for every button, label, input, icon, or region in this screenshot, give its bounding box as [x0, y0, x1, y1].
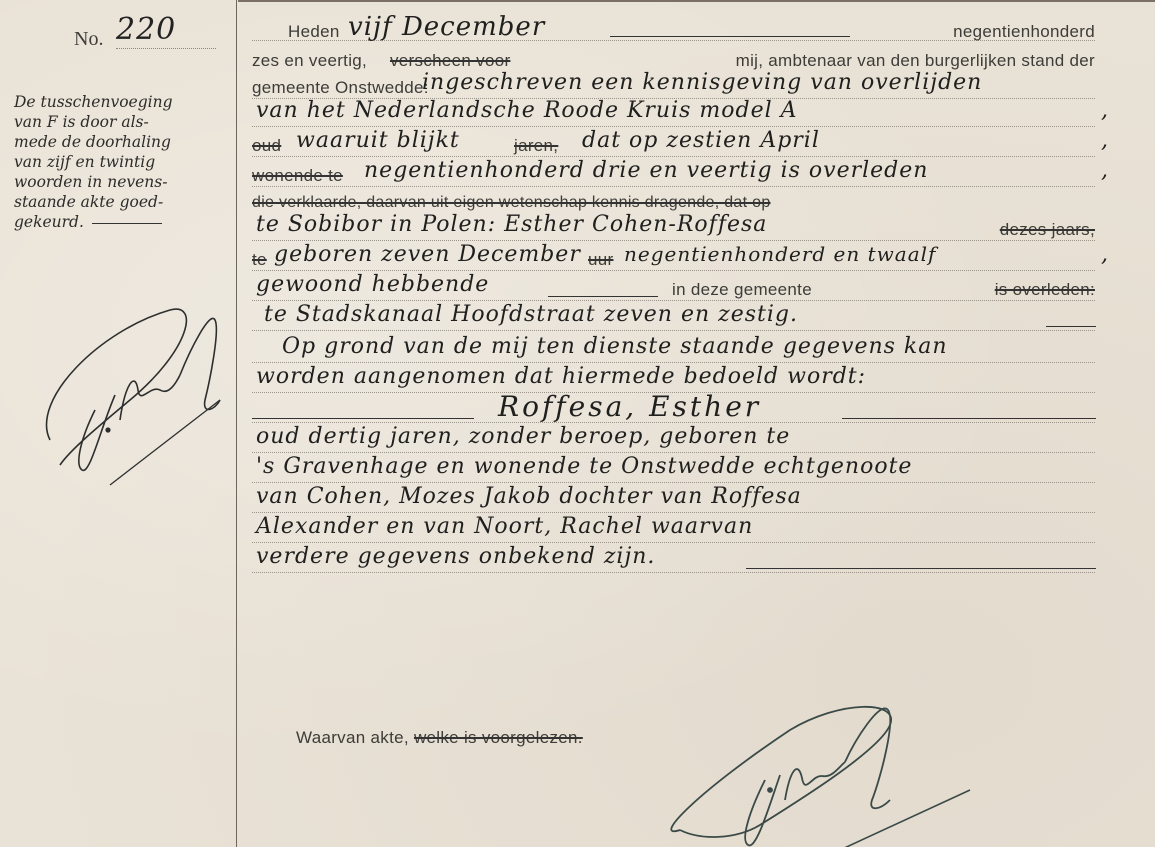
record-line-4: van het Nederlandsche Roode Kruis model …: [252, 98, 1095, 127]
record-line-14: Roffesa, Esther: [252, 394, 1095, 423]
punctuation: ,: [1101, 158, 1109, 183]
fill-rule: [842, 408, 1096, 419]
handwritten-text: dat op zestien April: [582, 128, 820, 153]
fill-rule: [252, 408, 474, 419]
punctuation: ,: [1101, 128, 1109, 153]
margin-note-line: staande akte goed-: [14, 192, 230, 212]
punctuation: ,: [1101, 242, 1109, 267]
margin-note-line: van zijf en twintig: [14, 152, 230, 172]
record-line-1: Heden vijf December negentienhonderd: [252, 12, 1095, 41]
struck-text: te: [252, 250, 267, 270]
record-line-11: te Stadskanaal Hoofdstraat zeven en zest…: [252, 302, 1095, 331]
margin-divider: [236, 0, 237, 847]
civil-record-page: No. 220 De tusschenvoeging van F is door…: [0, 0, 1155, 847]
struck-text: verscheen voor: [390, 51, 510, 71]
handwritten-text: ingeschreven een kennisgeving van overli…: [422, 70, 982, 95]
printed-text: Heden: [288, 22, 340, 42]
handwritten-text: van Cohen, Mozes Jakob dochter van Roffe…: [256, 484, 802, 509]
handwritten-text: Op grond van de mij ten dienste staande …: [282, 334, 948, 359]
handwritten-text: geboren zeven December: [274, 242, 581, 267]
record-line-13: worden aangenomen dat hiermede bedoeld w…: [252, 364, 1095, 393]
struck-text: dezes jaars,: [1000, 220, 1095, 240]
record-line-2: zes en veertig, verscheen voor mij, ambt…: [252, 43, 1095, 71]
struck-text: oud: [252, 136, 281, 156]
record-line-19: verdere gegevens onbekend zijn.: [252, 544, 1095, 573]
handwritten-text: van het Nederlandsche Roode Kruis model …: [256, 98, 798, 123]
record-line-15: oud dertig jaren, zonder beroep, geboren…: [252, 424, 1095, 453]
margin-signature: [20, 290, 230, 490]
fill-rule: [746, 558, 1096, 569]
margin-note-line: gekeurd.: [14, 212, 230, 232]
record-line-7: die verklaarde, daarvan uit eigen wetens…: [252, 186, 1095, 214]
handwritten-text: negentienhonderd en twaalf: [624, 242, 936, 266]
record-line-10: gewoond hebbende in deze gemeente is ove…: [252, 272, 1095, 301]
handwritten-text: 's Gravenhage en wonende te Onstwedde ec…: [256, 454, 912, 479]
record-line-5: oud waaruit blijkt jaren, dat op zestien…: [252, 128, 1095, 157]
deceased-name: Roffesa, Esther: [498, 390, 761, 423]
margin-annotation: De tusschenvoeging van F is door als- me…: [14, 92, 230, 232]
record-line-17: van Cohen, Mozes Jakob dochter van Roffe…: [252, 484, 1095, 513]
handwritten-text: Alexander en van Noort, Rachel waarvan: [256, 514, 753, 539]
margin-note-line: mede de doorhaling: [14, 132, 230, 152]
printed-text: mij, ambtenaar van den burgerlijken stan…: [736, 51, 1095, 71]
printed-text: Waarvan akte,: [296, 728, 409, 747]
struck-text: wonende te: [252, 166, 343, 186]
bottom-signature: [640, 690, 1040, 847]
struck-text: is overleden:: [995, 280, 1095, 300]
top-border: [238, 0, 1155, 2]
margin-note-line: woorden in nevens-: [14, 172, 230, 192]
handwritten-text: gewoond hebbende: [256, 272, 489, 297]
fill-rule: [1046, 316, 1096, 327]
struck-text: jaren,: [514, 136, 558, 156]
record-line-8: te Sobibor in Polen: Esther Cohen-Roffes…: [252, 212, 1095, 241]
margin-note-line: De tusschenvoeging: [14, 92, 230, 112]
printed-text: zes en veertig,: [252, 51, 367, 71]
margin-rule: [92, 223, 162, 224]
struck-text: welke is voorgelezen.: [414, 728, 583, 747]
record-line-12: Op grond van de mij ten dienste staande …: [252, 334, 1095, 363]
printed-text: negentienhonderd: [953, 22, 1095, 42]
punctuation: ,: [1101, 98, 1109, 123]
record-line-6: wonende te negentienhonderd drie en veer…: [252, 158, 1095, 187]
handwritten-text: worden aangenomen dat hiermede bedoeld w…: [256, 364, 866, 389]
closing-line: Waarvan akte, welke is voorgelezen.: [296, 728, 583, 748]
printed-text: gemeente Onstwedde:: [252, 78, 429, 98]
struck-text: uur: [588, 250, 613, 270]
record-line-18: Alexander en van Noort, Rachel waarvan: [252, 514, 1095, 543]
handwritten-text: verdere gegevens onbekend zijn.: [256, 544, 655, 569]
handwritten-text: te Stadskanaal Hoofdstraat zeven en zest…: [264, 302, 798, 327]
record-number-label: No.: [74, 28, 103, 51]
record-number-value: 220: [116, 12, 216, 49]
struck-text: die verklaarde, daarvan uit eigen wetens…: [252, 194, 771, 212]
margin-note-line: van F is door als-: [14, 112, 230, 132]
fill-rule: [610, 26, 850, 37]
margin-note-text: gekeurd.: [14, 213, 84, 231]
record-line-3: gemeente Onstwedde: ingeschreven een ken…: [252, 70, 1095, 99]
handwritten-text: te Sobibor in Polen: Esther Cohen-Roffes…: [256, 212, 767, 237]
handwritten-text: oud dertig jaren, zonder beroep, geboren…: [256, 424, 790, 449]
handwritten-text: negentienhonderd drie en veertig is over…: [364, 158, 928, 183]
handwritten-date: vijf December: [348, 12, 545, 42]
fill-rule: [548, 286, 658, 297]
record-line-16: 's Gravenhage en wonende te Onstwedde ec…: [252, 454, 1095, 483]
handwritten-text: waaruit blijkt: [296, 128, 460, 153]
record-line-9: te geboren zeven December uur negentienh…: [252, 242, 1095, 271]
printed-text: in deze gemeente: [672, 280, 812, 300]
